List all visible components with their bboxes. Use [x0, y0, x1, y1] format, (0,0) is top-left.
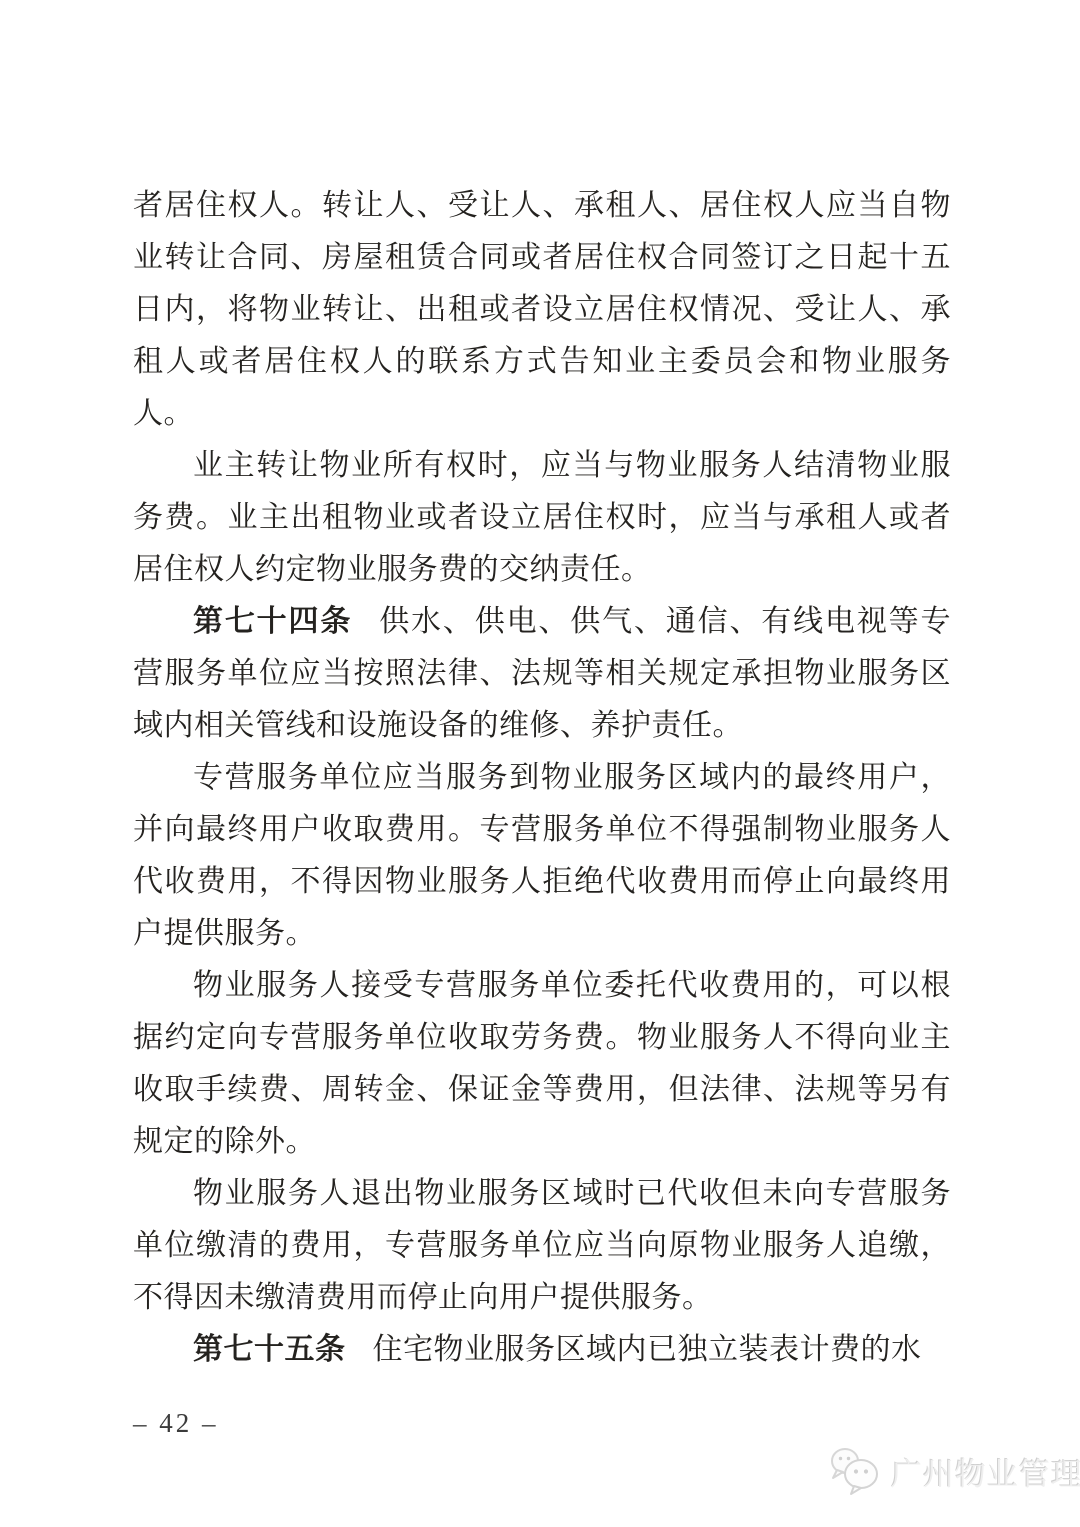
page-number: – 42 – — [133, 1408, 219, 1439]
paragraph: 专营服务单位应当服务到物业服务区域内的最终用户，并向最终用户收取费用。专营服务单… — [133, 752, 951, 960]
document-body: 者居住权人。转让人、受让人、承租人、居住权人应当自物业转让合同、房屋租赁合同或者… — [133, 180, 951, 1376]
document-page: 者居住权人。转让人、受让人、承租人、居住权人应当自物业转让合同、房屋租赁合同或者… — [0, 0, 1080, 1527]
paragraph-article-75: 第七十五条住宅物业服务区域内已独立装表计费的水 — [133, 1324, 951, 1376]
article-75-text: 住宅物业服务区域内已独立装表计费的水 — [373, 1333, 922, 1366]
paragraph: 物业服务人接受专营服务单位委托代收费用的，可以根据约定向专营服务单位收取劳务费。… — [133, 960, 951, 1168]
wechat-icon — [828, 1445, 884, 1497]
paragraph-continuation: 者居住权人。转让人、受让人、承租人、居住权人应当自物业转让合同、房屋租赁合同或者… — [133, 180, 951, 440]
paragraph-article-74: 第七十四条供水、供电、供气、通信、有线电视等专营服务单位应当按照法律、法规等相关… — [133, 596, 951, 752]
article-75-number: 第七十五条 — [193, 1333, 346, 1366]
watermark: 广州物业管理 — [828, 1445, 1080, 1497]
paragraph: 业主转让物业所有权时，应当与物业服务人结清物业服务费。业主出租物业或者设立居住权… — [133, 440, 951, 596]
watermark-label: 广州物业管理 — [891, 1449, 1080, 1494]
paragraph: 物业服务人退出物业服务区域时已代收但未向专营服务单位缴清的费用，专营服务单位应当… — [133, 1168, 951, 1324]
article-74-number: 第七十四条 — [193, 605, 352, 638]
